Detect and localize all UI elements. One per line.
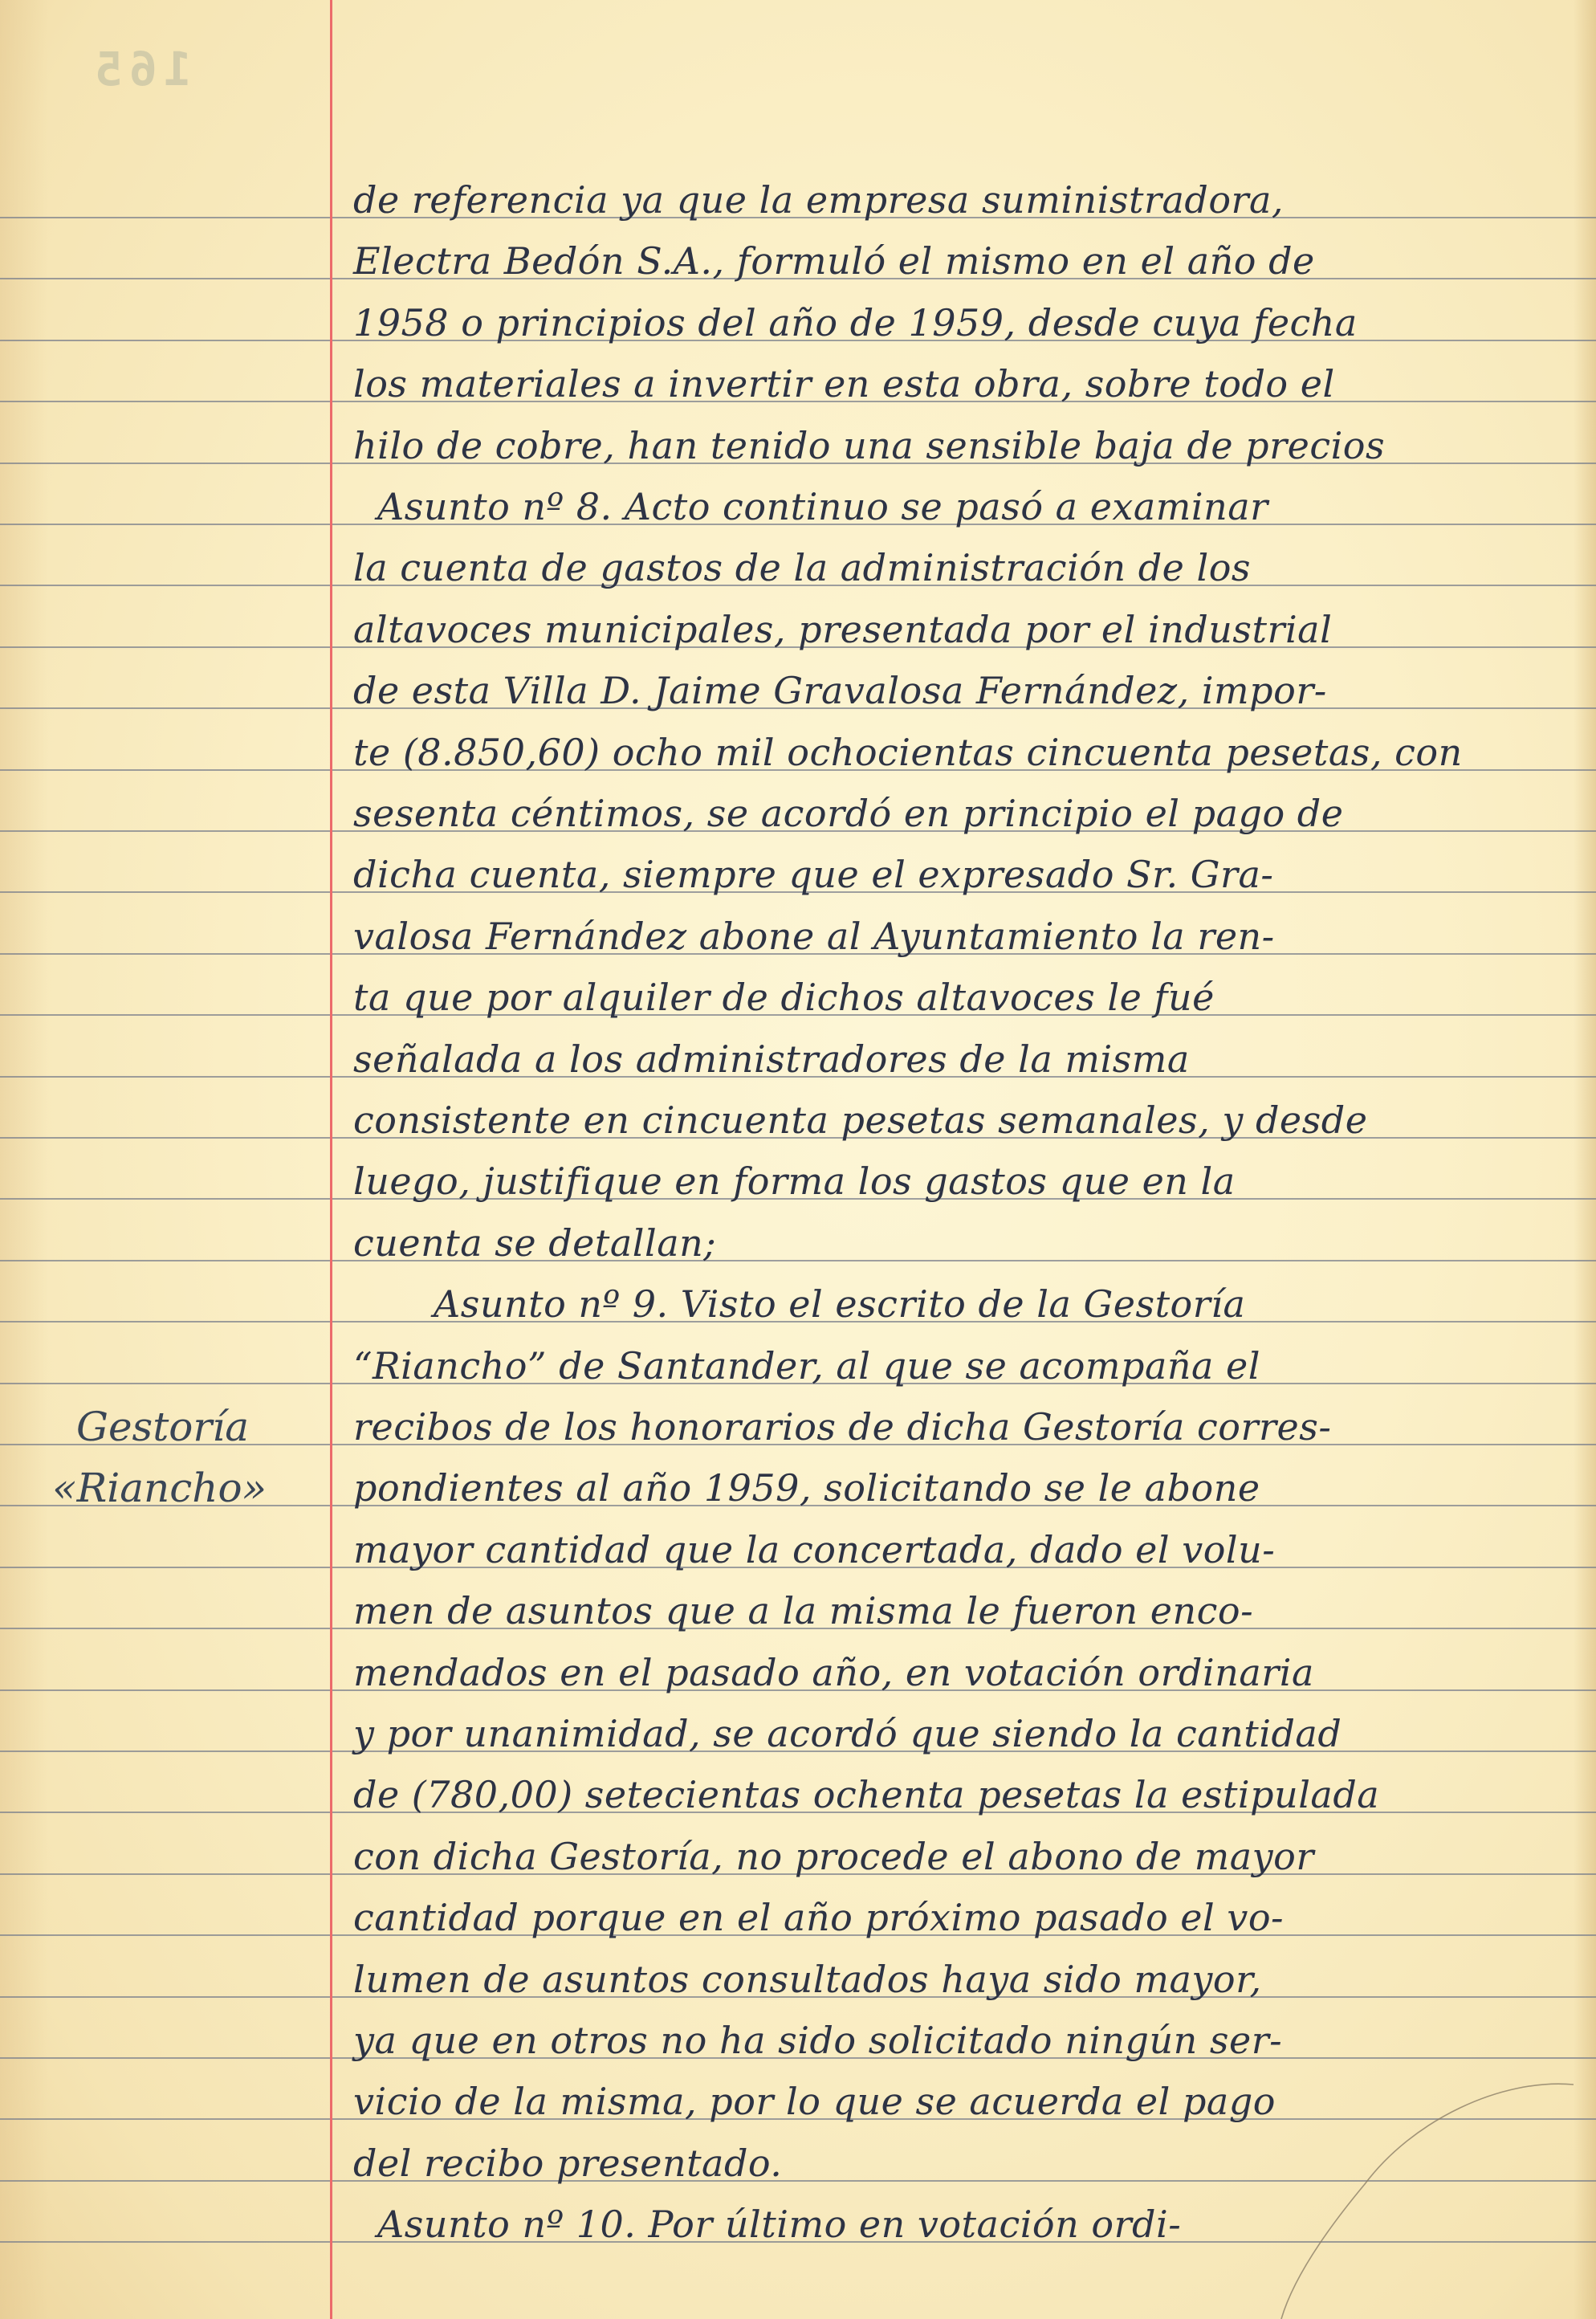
handwritten-line: men de asuntos que a la misma le fueron … — [353, 1592, 1253, 1629]
handwritten-line: consistente en cincuenta pesetas semanal… — [353, 1102, 1367, 1139]
margin-note-riancho: «Riancho» — [52, 1468, 267, 1508]
handwritten-line: de (780,00) setecientas ochenta pesetas … — [353, 1776, 1379, 1813]
page-number-bleedthrough: 165 — [88, 42, 192, 96]
handwritten-line: 1958 o principios del año de 1959, desde… — [353, 304, 1358, 341]
paper-edge-shadow-right — [1574, 0, 1596, 2319]
handwritten-line: los materiales a invertir en esta obra, … — [353, 365, 1335, 402]
handwritten-line: Asunto nº 9. Visto el escrito de la Gest… — [434, 1286, 1245, 1323]
ledger-page: 165 Gestoría «Riancho» de referencia ya … — [0, 0, 1596, 2319]
handwritten-line: luego, justifique en forma los gastos qu… — [353, 1163, 1236, 1200]
handwritten-line: la cuenta de gastos de la administración… — [353, 549, 1251, 586]
handwritten-line: cuenta se detallan; — [353, 1225, 716, 1261]
handwritten-line: valosa Fernández abone al Ayuntamiento l… — [353, 918, 1275, 955]
ruled-line — [0, 1260, 1596, 1261]
paper-edge-shadow-left — [0, 0, 48, 2319]
handwritten-line: sesenta céntimos, se acordó en principio… — [353, 795, 1343, 832]
handwritten-line: y por unanimidad, se acordó que siendo l… — [353, 1715, 1342, 1752]
handwritten-line: ta que por alquiler de dichos altavoces … — [353, 979, 1215, 1016]
handwritten-line: cantidad porque en el año próximo pasado… — [353, 1899, 1284, 1936]
red-margin-line — [330, 0, 332, 2319]
handwritten-line: pondientes al año 1959, solicitando se l… — [353, 1469, 1260, 1506]
handwritten-line: con dicha Gestoría, no procede el abono … — [353, 1838, 1314, 1875]
handwritten-line: Asunto nº 8. Acto continuo se pasó a exa… — [377, 488, 1268, 525]
handwritten-line: Electra Bedón S.A., formuló el mismo en … — [353, 242, 1315, 279]
handwritten-line: Asunto nº 10. Por último en votación ord… — [377, 2206, 1181, 2243]
handwritten-line: te (8.850,60) ocho mil ochocientas cincu… — [353, 734, 1463, 771]
handwritten-line: señalada a los administradores de la mis… — [353, 1041, 1190, 1078]
margin-note-gestoria: Gestoría — [76, 1407, 249, 1447]
handwritten-line: del recibo presentado. — [353, 2145, 782, 2182]
handwritten-line: vicio de la misma, por lo que se acuerda… — [353, 2083, 1276, 2120]
handwritten-line: mayor cantidad que la concertada, dado e… — [353, 1531, 1275, 1568]
handwritten-line: de esta Villa D. Jaime Gravalosa Fernánd… — [353, 672, 1327, 709]
handwritten-line: de referencia ya que la empresa suminist… — [353, 181, 1284, 218]
handwritten-line: hilo de cobre, han tenido una sensible b… — [353, 427, 1385, 464]
handwritten-line: recibos de los honorarios de dicha Gesto… — [353, 1408, 1331, 1445]
ruled-line — [0, 2180, 1596, 2182]
handwritten-line: altavoces municipales, presentada por el… — [353, 611, 1332, 648]
handwritten-line: dicha cuenta, siempre que el expresado S… — [353, 856, 1273, 893]
handwritten-line: lumen de asuntos consultados haya sido m… — [353, 1961, 1262, 1998]
handwritten-line: mendados en el pasado año, en votación o… — [353, 1654, 1314, 1691]
handwritten-line: ya que en otros no ha sido solicitado ni… — [353, 2022, 1282, 2059]
handwritten-line: “Riancho” de Santander, al que se acompa… — [353, 1347, 1260, 1384]
